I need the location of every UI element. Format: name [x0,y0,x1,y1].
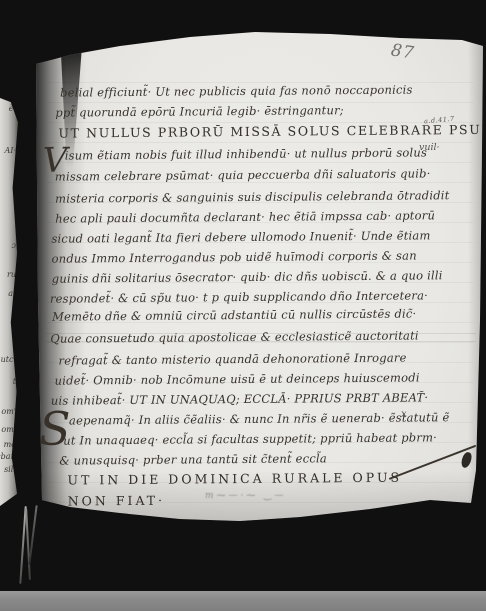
text-line-6: misteria corporis & sanguinis suis disci… [55,188,450,205]
text-line-2: ppt̃ quorundā epōrū Incuriā legib· ēstri… [55,103,344,120]
text-line-1: belial efficiunt̃· Ut nec publicis quia … [60,83,413,100]
margin-note: x [401,409,407,420]
margin-note: vuil· [419,142,440,153]
text-line-19: & unusquisq· prber una tantū sit c̃tent̃… [59,451,327,467]
facing-page-edge: ē· AI· ɔ ru af utci t om' om' mo lebat' … [0,98,18,506]
text-line-17: aepenamq̃· In aliis c̃ẽaliis· & nunc In … [69,410,450,427]
text-line-18: ut In unaquaeq· eccl̃a si facultas suppe… [63,430,437,447]
text-line-16: uis inhibeat̃· UT IN UNAQUAQ; ECCLĀ· PPR… [51,390,429,407]
photo-bottom-strip [0,591,486,611]
binding-thread [28,505,37,565]
facing-text-fragment: lebat' [0,452,16,461]
manuscript-page: 87 belial efficiunt̃· Ut nec publicis qu… [0,0,486,611]
facing-text-fragment: ru [7,270,16,279]
facing-text-fragment: sil: [4,465,16,474]
text-line-12: Memēto dñe & omniū circū adstantiū cū nu… [52,306,416,323]
text-line-5: missam celebrare psūmat· quia peccuerba … [55,166,431,183]
text-line-14: refragat̃ & tanto misterio quandā dehono… [58,351,406,368]
text-line-13: Quae consuetudo quia apostolicae & eccle… [50,328,419,345]
erased-marks: m⁓—·⁓ ‿— [205,491,287,501]
manuscript-photo: ē· AI· ɔ ru af utci t om' om' mo lebat' … [0,0,486,611]
facing-text-fragment: mo [4,440,16,449]
facing-text-fragment: ɔ [12,241,16,250]
facing-text-fragment: om' [1,407,16,416]
facing-text-fragment: AI· [5,146,16,155]
text-line-8: sicud oati legant̃ Ita fieri debere ullo… [51,228,430,245]
text-block: belial efficiunt̃· Ut nec publicis quia … [0,0,486,611]
rubric-line-3: UT NULLUS PRBORŪ MISSĀ SOLUS CELEBRARE P… [58,122,486,141]
rubric-line-20: UT IN DIE DOMINICA RURALE OPUS [67,470,402,488]
text-line-4: isum ẽtiam nobis fuit illud inhibendū· u… [65,145,428,162]
facing-text-fragment: ē· [9,104,16,113]
facing-text-fragment: af [8,289,16,298]
rubric-line-21: NON FIAT· [68,493,166,509]
facing-text-fragment: t [13,377,16,386]
text-line-9: ondus Immo Interrogandus pob uidẽ huīmod… [52,248,417,265]
text-line-10: guinis dñi solitarius ōsecrator· quib· d… [52,268,443,285]
facing-text-fragment: om' [1,425,16,434]
text-line-7: hec apli pauli documñta declarant· hec ẽ… [55,208,435,225]
facing-text-fragment: utci [1,355,16,364]
text-line-11: respondet̃· & cū sp̃u tuo· t p quib supp… [50,288,428,305]
text-line-15: uidet̃· Omnib· nob Incōmune uisū ē ut de… [55,370,420,387]
